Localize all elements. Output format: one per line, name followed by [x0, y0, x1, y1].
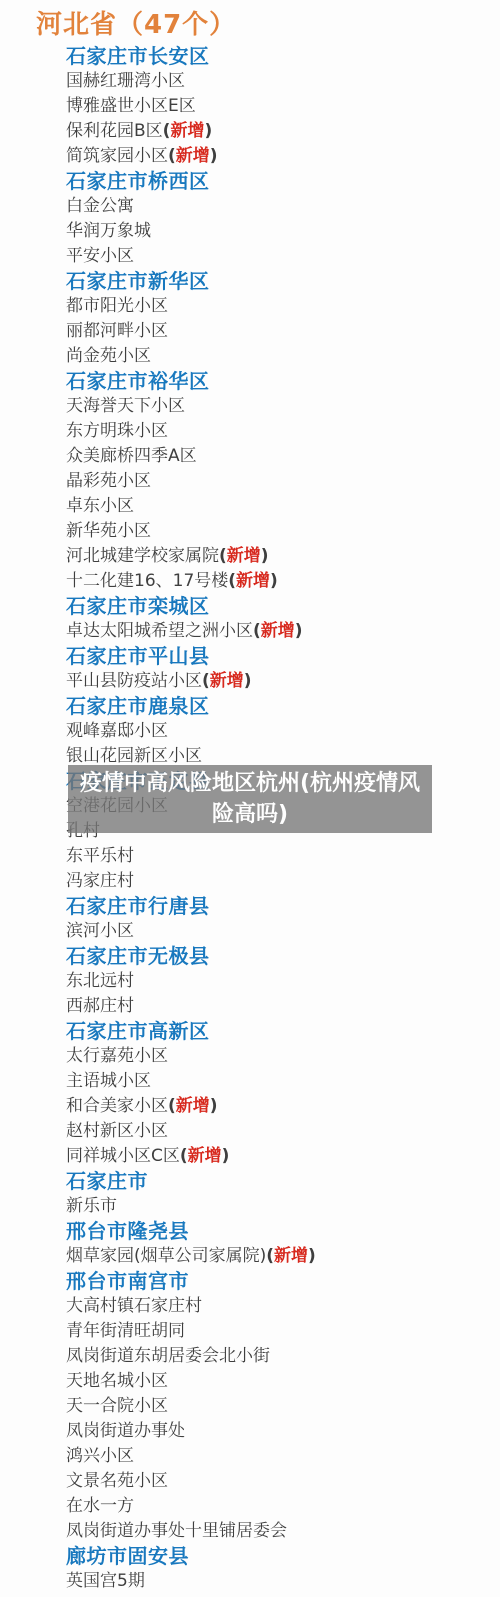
- district-header: 邢台市南宫市: [0, 1269, 500, 1294]
- new-badge: 新增: [176, 1096, 210, 1116]
- row-text: 石家庄市桥西区: [66, 169, 210, 193]
- paren-close: ): [222, 1146, 230, 1166]
- paren-close: ): [295, 621, 303, 641]
- list-item: 简筑家园小区(新增): [0, 144, 500, 169]
- row-text: 卓东小区: [66, 496, 134, 516]
- district-header: 石家庄市行唐县: [0, 894, 500, 919]
- paren-close: ): [204, 121, 212, 141]
- row-text: 东北远村: [66, 971, 134, 991]
- paren-close: ): [210, 1096, 218, 1116]
- caption-overlay-text: 疫情中高风险地区杭州(杭州疫情风险高吗): [73, 768, 427, 830]
- list-item: 凤岗街道办事处十里铺居委会: [0, 1519, 500, 1544]
- list-item: 白金公寓: [0, 194, 500, 219]
- row-text: 卓达太阳城希望之洲小区: [66, 621, 253, 641]
- page-title: 河北省（47个）: [0, 0, 500, 44]
- row-text: 同祥城小区C区: [66, 1146, 180, 1166]
- list-item: 在水一方: [0, 1494, 500, 1519]
- row-text: 新乐市: [66, 1196, 117, 1216]
- list-item: 和合美家小区(新增): [0, 1094, 500, 1119]
- row-text: 凤岗街道办事处十里铺居委会: [66, 1521, 287, 1541]
- row-text: 滨河小区: [66, 921, 134, 941]
- row-text: 太行嘉苑小区: [66, 1046, 168, 1066]
- list-item: 鸿兴小区: [0, 1444, 500, 1469]
- caption-overlay: 疫情中高风险地区杭州(杭州疫情风险高吗): [68, 765, 432, 833]
- list-item: 众美廊桥四季A区: [0, 444, 500, 469]
- list-item: 丽都河畔小区: [0, 319, 500, 344]
- new-badge: 新增: [236, 571, 270, 591]
- list-item: 滨河小区: [0, 919, 500, 944]
- row-text: 在水一方: [66, 1496, 134, 1516]
- list-item: 凤岗街道办事处: [0, 1419, 500, 1444]
- row-text: 石家庄市裕华区: [66, 369, 210, 393]
- paren-close: ): [261, 546, 269, 566]
- list-item: 保利花园B区(新增): [0, 119, 500, 144]
- list-item: 尚金苑小区: [0, 344, 500, 369]
- row-text: 赵村新区小区: [66, 1121, 168, 1141]
- new-badge: 新增: [210, 671, 244, 691]
- row-text: 石家庄市长安区: [66, 44, 210, 68]
- paren-close: ): [244, 671, 252, 691]
- paren-open: (: [219, 546, 227, 566]
- district-header: 石家庄市栾城区: [0, 594, 500, 619]
- row-text: 凤岗街道东胡居委会北小街: [66, 1346, 270, 1366]
- row-text: 白金公寓: [66, 196, 134, 216]
- list-item: 天海誉天下小区: [0, 394, 500, 419]
- row-text: 平山县防疫站小区: [66, 671, 202, 691]
- new-badge: 新增: [176, 146, 210, 166]
- row-text: 华润万象城: [66, 221, 151, 241]
- row-text: 凤岗街道办事处: [66, 1421, 185, 1441]
- list-item: 青年街清旺胡同: [0, 1319, 500, 1344]
- new-badge: 新增: [227, 546, 261, 566]
- row-text: 大高村镇石家庄村: [66, 1296, 202, 1316]
- list-item: 东北远村: [0, 969, 500, 994]
- row-text: 石家庄市高新区: [66, 1019, 210, 1043]
- new-badge: 新增: [261, 621, 295, 641]
- row-text: 简筑家园小区: [66, 146, 168, 166]
- paren-close: ): [210, 146, 218, 166]
- row-text: 新华苑小区: [66, 521, 151, 541]
- list-item: 观峰嘉邸小区: [0, 719, 500, 744]
- list-item: 河北城建学校家属院(新增): [0, 544, 500, 569]
- district-header: 石家庄市: [0, 1169, 500, 1194]
- list-item: 博雅盛世小区E区: [0, 94, 500, 119]
- row-text: 邢台市隆尧县: [66, 1219, 189, 1243]
- list-item: 卓达太阳城希望之洲小区(新增): [0, 619, 500, 644]
- row-text: 英国宫5期: [66, 1571, 145, 1591]
- list-item: 同祥城小区C区(新增): [0, 1144, 500, 1169]
- district-header: 石家庄市长安区: [0, 44, 500, 69]
- row-text: 天一合院小区: [66, 1396, 168, 1416]
- row-text: 天地名城小区: [66, 1371, 168, 1391]
- new-badge: 新增: [274, 1246, 308, 1266]
- row-text: 鸿兴小区: [66, 1446, 134, 1466]
- list-item: 卓东小区: [0, 494, 500, 519]
- row-text: 晶彩苑小区: [66, 471, 151, 491]
- list-item: 大高村镇石家庄村: [0, 1294, 500, 1319]
- row-text: 天海誉天下小区: [66, 396, 185, 416]
- row-text: 石家庄市行唐县: [66, 894, 210, 918]
- row-text: 主语城小区: [66, 1071, 151, 1091]
- district-header: 石家庄市平山县: [0, 644, 500, 669]
- row-text: 众美廊桥四季A区: [66, 446, 197, 466]
- list-item: 冯家庄村: [0, 869, 500, 894]
- list-item: 天地名城小区: [0, 1369, 500, 1394]
- row-text: 邢台市南宫市: [66, 1269, 189, 1293]
- district-header: 石家庄市鹿泉区: [0, 694, 500, 719]
- paren-open: (: [266, 1246, 274, 1266]
- row-text: 石家庄市新华区: [66, 269, 210, 293]
- row-text: 廊坊市固安县: [66, 1544, 189, 1568]
- list-item: 赵村新区小区: [0, 1119, 500, 1144]
- paren-close: ): [308, 1246, 316, 1266]
- row-text: 丽都河畔小区: [66, 321, 168, 341]
- paren-open: (: [180, 1146, 188, 1166]
- district-header: 石家庄市新华区: [0, 269, 500, 294]
- row-text: 保利花园B区: [66, 121, 163, 141]
- row-text: 博雅盛世小区E区: [66, 96, 196, 116]
- list-item: 西郝庄村: [0, 994, 500, 1019]
- row-text: 都市阳光小区: [66, 296, 168, 316]
- row-text: 青年街清旺胡同: [66, 1321, 185, 1341]
- list-item: 华润万象城: [0, 219, 500, 244]
- list-item: 太行嘉苑小区: [0, 1044, 500, 1069]
- row-text: 国赫红珊湾小区: [66, 71, 185, 91]
- row-text: 文景名苑小区: [66, 1471, 168, 1491]
- row-text: 石家庄市栾城区: [66, 594, 210, 618]
- row-text: 东平乐村: [66, 846, 134, 866]
- list-item: 平安小区: [0, 244, 500, 269]
- list-item: 都市阳光小区: [0, 294, 500, 319]
- list-item: 文景名苑小区: [0, 1469, 500, 1494]
- list-item: 十二化建16、17号楼(新增): [0, 569, 500, 594]
- district-header: 廊坊市固安县: [0, 1544, 500, 1569]
- list-item: 烟草家园(烟草公司家属院)(新增): [0, 1244, 500, 1269]
- row-text: 河北城建学校家属院: [66, 546, 219, 566]
- district-header: 石家庄市无极县: [0, 944, 500, 969]
- list-item: 东方明珠小区: [0, 419, 500, 444]
- row-text: 十二化建16、17号楼: [66, 571, 228, 591]
- row-text: 石家庄市: [66, 1169, 148, 1193]
- paren-open: (: [228, 571, 236, 591]
- row-text: 尚金苑小区: [66, 346, 151, 366]
- list-item: 主语城小区: [0, 1069, 500, 1094]
- row-text: 平安小区: [66, 246, 134, 266]
- row-text: 烟草家园(烟草公司家属院): [66, 1246, 266, 1266]
- row-text: 冯家庄村: [66, 871, 134, 891]
- district-header: 石家庄市裕华区: [0, 369, 500, 394]
- list-item: 东平乐村: [0, 844, 500, 869]
- row-text: 西郝庄村: [66, 996, 134, 1016]
- row-text: 石家庄市鹿泉区: [66, 694, 210, 718]
- row-text: 观峰嘉邸小区: [66, 721, 168, 741]
- list-item: 国赫红珊湾小区: [0, 69, 500, 94]
- list-item: 英国宫5期: [0, 1569, 500, 1594]
- list-item: 新乐市: [0, 1194, 500, 1219]
- list-item: 晶彩苑小区: [0, 469, 500, 494]
- new-badge: 新增: [170, 121, 204, 141]
- list-item: 平山县防疫站小区(新增): [0, 669, 500, 694]
- paren-open: (: [202, 671, 210, 691]
- row-text: 东方明珠小区: [66, 421, 168, 441]
- paren-open: (: [253, 621, 261, 641]
- district-header: 邢台市隆尧县: [0, 1219, 500, 1244]
- row-text: 和合美家小区: [66, 1096, 168, 1116]
- paren-open: (: [168, 146, 176, 166]
- district-header: 石家庄市高新区: [0, 1019, 500, 1044]
- list-item: 凤岗街道东胡居委会北小街: [0, 1344, 500, 1369]
- row-text: 银山花园新区小区: [66, 746, 202, 766]
- list-item: 新华苑小区: [0, 519, 500, 544]
- article-page: 河北省（47个） 石家庄市长安区国赫红珊湾小区博雅盛世小区E区保利花园B区(新增…: [0, 0, 500, 1597]
- district-header: 石家庄市桥西区: [0, 169, 500, 194]
- row-text: 石家庄市平山县: [66, 644, 210, 668]
- row-text: 石家庄市无极县: [66, 944, 210, 968]
- paren-open: (: [168, 1096, 176, 1116]
- new-badge: 新增: [188, 1146, 222, 1166]
- list-item: 天一合院小区: [0, 1394, 500, 1419]
- paren-close: ): [270, 571, 278, 591]
